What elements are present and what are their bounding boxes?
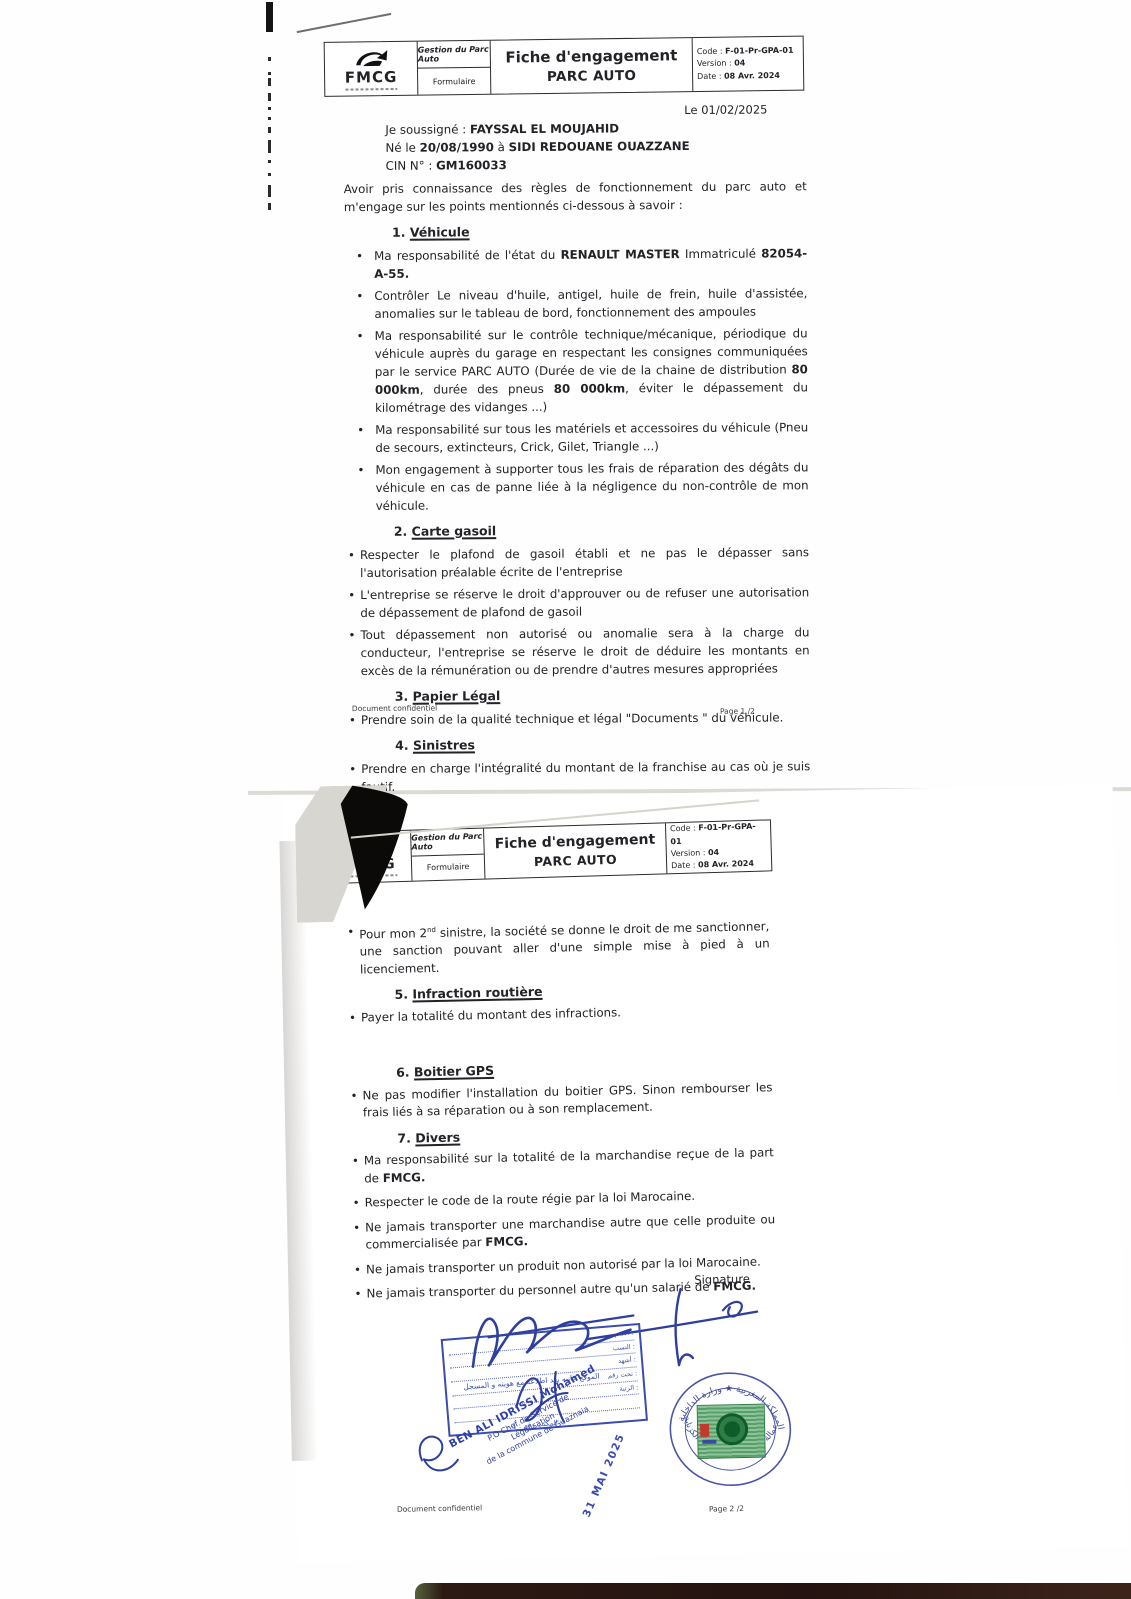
fiscal-stamp-red-mark xyxy=(700,1424,709,1437)
bullet-item: •L'entreprise se réserve le droit d'appr… xyxy=(346,583,809,622)
page2-intro-bullet: •Pour mon 2nd sinistre, la société se do… xyxy=(345,915,770,979)
bullet-marker: • xyxy=(353,1195,360,1213)
scanned-page-1: FMCG Gestion du Parc Auto Formulaire Fic… xyxy=(248,0,1131,795)
bullet-marker: • xyxy=(356,287,363,305)
section-heading: 3. Papier Légal xyxy=(395,685,810,706)
bullet-item: •Payer la totalité du montant des infrac… xyxy=(347,1001,771,1027)
header-meta-cell: Code : F-01-Pr-GPA-01 Version : 04 Date … xyxy=(693,37,804,91)
bullet-item: •Ne pas modifier l'installation du boiti… xyxy=(348,1079,773,1123)
fmcg-logo-icon xyxy=(351,47,391,68)
page2-left-shadow xyxy=(279,841,317,1461)
bullet-marker: • xyxy=(348,546,355,564)
page2-sections: 5. Infraction routière•Payer la totalité… xyxy=(346,979,776,1304)
fiscal-stamp-core xyxy=(716,1413,749,1446)
scanned-page-2: FMCG Gestion du Parc Auto Formulaire Fic… xyxy=(283,784,1128,1563)
fiscal-stamp-blue-mark xyxy=(702,1440,716,1444)
bullet-item: •Ma responsabilité sur le contrôle techn… xyxy=(345,324,809,417)
bullet-item: •Respecter le code de la route régie par… xyxy=(351,1187,775,1213)
header-title-cell: Fiche d'engagement PARC AUTO xyxy=(491,38,694,94)
header-title-cell: Fiche d'engagement PARC AUTO xyxy=(484,823,667,878)
bullet-marker: • xyxy=(357,461,364,479)
footer-page-number: Page 2 /2 xyxy=(709,1504,744,1514)
logo-text: FMCG xyxy=(345,68,398,87)
bullet-item: •Ma responsabilité sur la totalité de la… xyxy=(350,1145,775,1189)
header-dept: Gestion du Parc Auto xyxy=(418,41,490,69)
logo-tagline-line xyxy=(345,88,397,91)
bullet-item: •Pour mon 2nd sinistre, la société se do… xyxy=(345,915,770,979)
header-meta-cell: Code : F-01-Pr-GPA-01 Version : 04 Date … xyxy=(666,820,771,873)
bullet-item: •Tout dépassement non autorisé ou anomal… xyxy=(346,623,809,680)
footer-confidential: Document confidentiel xyxy=(397,1503,482,1514)
bullet-marker: • xyxy=(357,421,364,439)
bullet-marker: • xyxy=(347,924,354,942)
date-stamp: 31 MAI 2025 xyxy=(580,1432,627,1520)
section-heading: 7. Divers xyxy=(397,1122,773,1147)
bullet-marker: • xyxy=(354,1286,361,1304)
section: 5. Infraction routière•Payer la totalité… xyxy=(346,979,771,1028)
scan-bottom-dark-edge xyxy=(415,1583,1131,1599)
bullet-item: •Mon engagement à supporter tous les fra… xyxy=(345,458,808,515)
section-heading: 6. Boitier GPS xyxy=(396,1057,772,1082)
bullet-list: •Ne pas modifier l'installation du boiti… xyxy=(348,1079,773,1123)
bullet-marker: • xyxy=(350,1088,357,1106)
bullet-item: •Ne jamais transporter une marchandise a… xyxy=(351,1211,776,1255)
logo-cell: FMCG xyxy=(325,42,419,96)
bullet-item: •Ma responsabilité sur tous les matériel… xyxy=(345,418,808,457)
fiscal-stamp xyxy=(697,1404,766,1459)
bullet-marker: • xyxy=(357,327,364,345)
bullet-marker: • xyxy=(348,626,355,644)
intro-line: CIN N° : GM160033 xyxy=(386,154,807,175)
letter-date: Le 01/02/2025 xyxy=(684,103,767,118)
bullet-marker: • xyxy=(348,586,355,604)
municipal-round-stamp: المملكة المغربية ★ وزارة الداخلية عمالة … xyxy=(663,1365,799,1493)
bullet-list: •Respecter le plafond de gasoil établi e… xyxy=(346,543,810,680)
bullet-marker: • xyxy=(352,1153,359,1171)
page1-body: Je soussigné : FAYSSAL EL MOUJAHIDNé le … xyxy=(343,118,810,800)
doc-code: Code : F-01-Pr-GPA-01 xyxy=(670,821,767,849)
bullet-marker: • xyxy=(353,1219,360,1237)
bullet-item: •Respecter le plafond de gasoil établi e… xyxy=(346,543,809,582)
doc-date: Date : 08 Avr. 2024 xyxy=(671,858,754,873)
document-title-line1: Fiche d'engagement xyxy=(505,46,677,66)
doc-version: Version : 04 xyxy=(697,58,746,71)
bullet-marker: • xyxy=(349,760,356,778)
section: 2. Carte gasoil•Respecter le plafond de … xyxy=(346,520,810,680)
section-heading: 5. Infraction routière xyxy=(394,979,770,1004)
bullet-marker: • xyxy=(356,247,363,265)
bullet-list: •Payer la totalité du montant des infrac… xyxy=(347,1001,771,1027)
bullet-marker: • xyxy=(349,1010,356,1028)
bullet-list: •Ma responsabilité de l'état du RENAULT … xyxy=(344,244,809,515)
bullet-marker: • xyxy=(354,1261,361,1279)
bullet-item: •Contrôler Le niveau d'huile, antigel, h… xyxy=(344,284,807,323)
header-type-cell: Gestion du Parc Auto Formulaire xyxy=(418,41,492,95)
footer-confidential: Document confidentiel xyxy=(352,704,437,714)
document-title-line2: PARC AUTO xyxy=(534,852,617,869)
section-heading: 4. Sinistres xyxy=(395,734,810,755)
section: 6. Boitier GPS•Ne pas modifier l'install… xyxy=(348,1057,773,1123)
section-heading: 2. Carte gasoil xyxy=(394,520,809,541)
doc-date: Date : 08 Avr. 2024 xyxy=(697,70,780,83)
page2-body: •Pour mon 2nd sinistre, la société se do… xyxy=(345,915,777,1310)
bullet-marker: • xyxy=(349,711,356,729)
document-title-line1: Fiche d'engagement xyxy=(495,832,656,853)
footer-page-number: Page 1 /2 xyxy=(720,707,755,716)
preamble-text: Avoir pris connaissance des règles de fo… xyxy=(344,177,807,216)
header-doc-type: Formulaire xyxy=(418,68,490,95)
intro-block: Je soussigné : FAYSSAL EL MOUJAHIDNé le … xyxy=(343,118,806,175)
section: 1. Véhicule•Ma responsabilité de l'état … xyxy=(344,221,809,515)
section-heading: 1. Véhicule xyxy=(392,221,807,242)
document-header-table: FMCG Gestion du Parc Auto Formulaire Fic… xyxy=(324,36,805,97)
doc-code: Code : F-01-Pr-GPA-01 xyxy=(697,45,794,59)
document-title-line2: PARC AUTO xyxy=(547,68,637,85)
bullet-item: •Ma responsabilité de l'état du RENAULT … xyxy=(344,244,807,283)
folded-corner-shadow xyxy=(334,784,429,922)
